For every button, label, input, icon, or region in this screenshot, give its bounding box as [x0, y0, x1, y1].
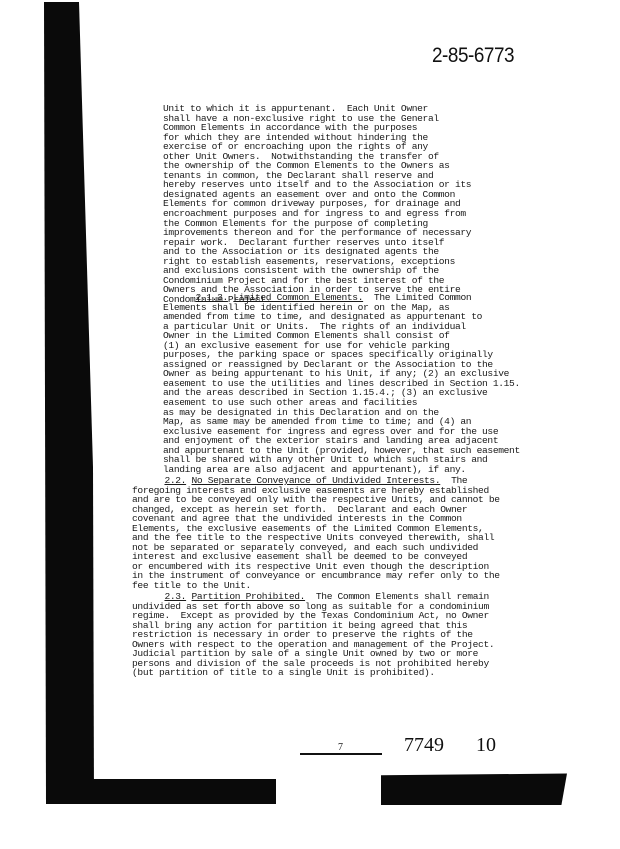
section-number: 2.1.3. [195, 292, 227, 303]
section-heading: No Separate Conveyance of Undivided Inte… [192, 475, 441, 486]
section-number: 2.3. [164, 591, 186, 602]
section-heading: Partition Prohibited. [192, 591, 306, 602]
section-2-2: 2.2. No Separate Conveyance of Undivided… [132, 476, 500, 591]
scan-edge-left [44, 2, 94, 804]
section-2-1-3: 2.1.3. Limited Common Elements. The Limi… [163, 293, 520, 474]
section-number: 2.2. [164, 475, 186, 486]
document-number: 2-85-6773 [432, 44, 514, 68]
scan-edge-bottom-right [381, 760, 567, 805]
divider-line [300, 753, 382, 755]
section-2-3: 2.3. Partition Prohibited. The Common El… [132, 592, 494, 678]
section-heading: Limited Common Elements. [233, 292, 363, 303]
scan-edge-bottom-left [48, 779, 276, 804]
intro-paragraph: Unit to which it is appurtenant. Each Un… [163, 104, 471, 304]
recording-stamp-volume: 7749 [404, 734, 444, 757]
recording-stamp-page: 10 [476, 734, 496, 757]
page-number: 7 [338, 742, 343, 753]
